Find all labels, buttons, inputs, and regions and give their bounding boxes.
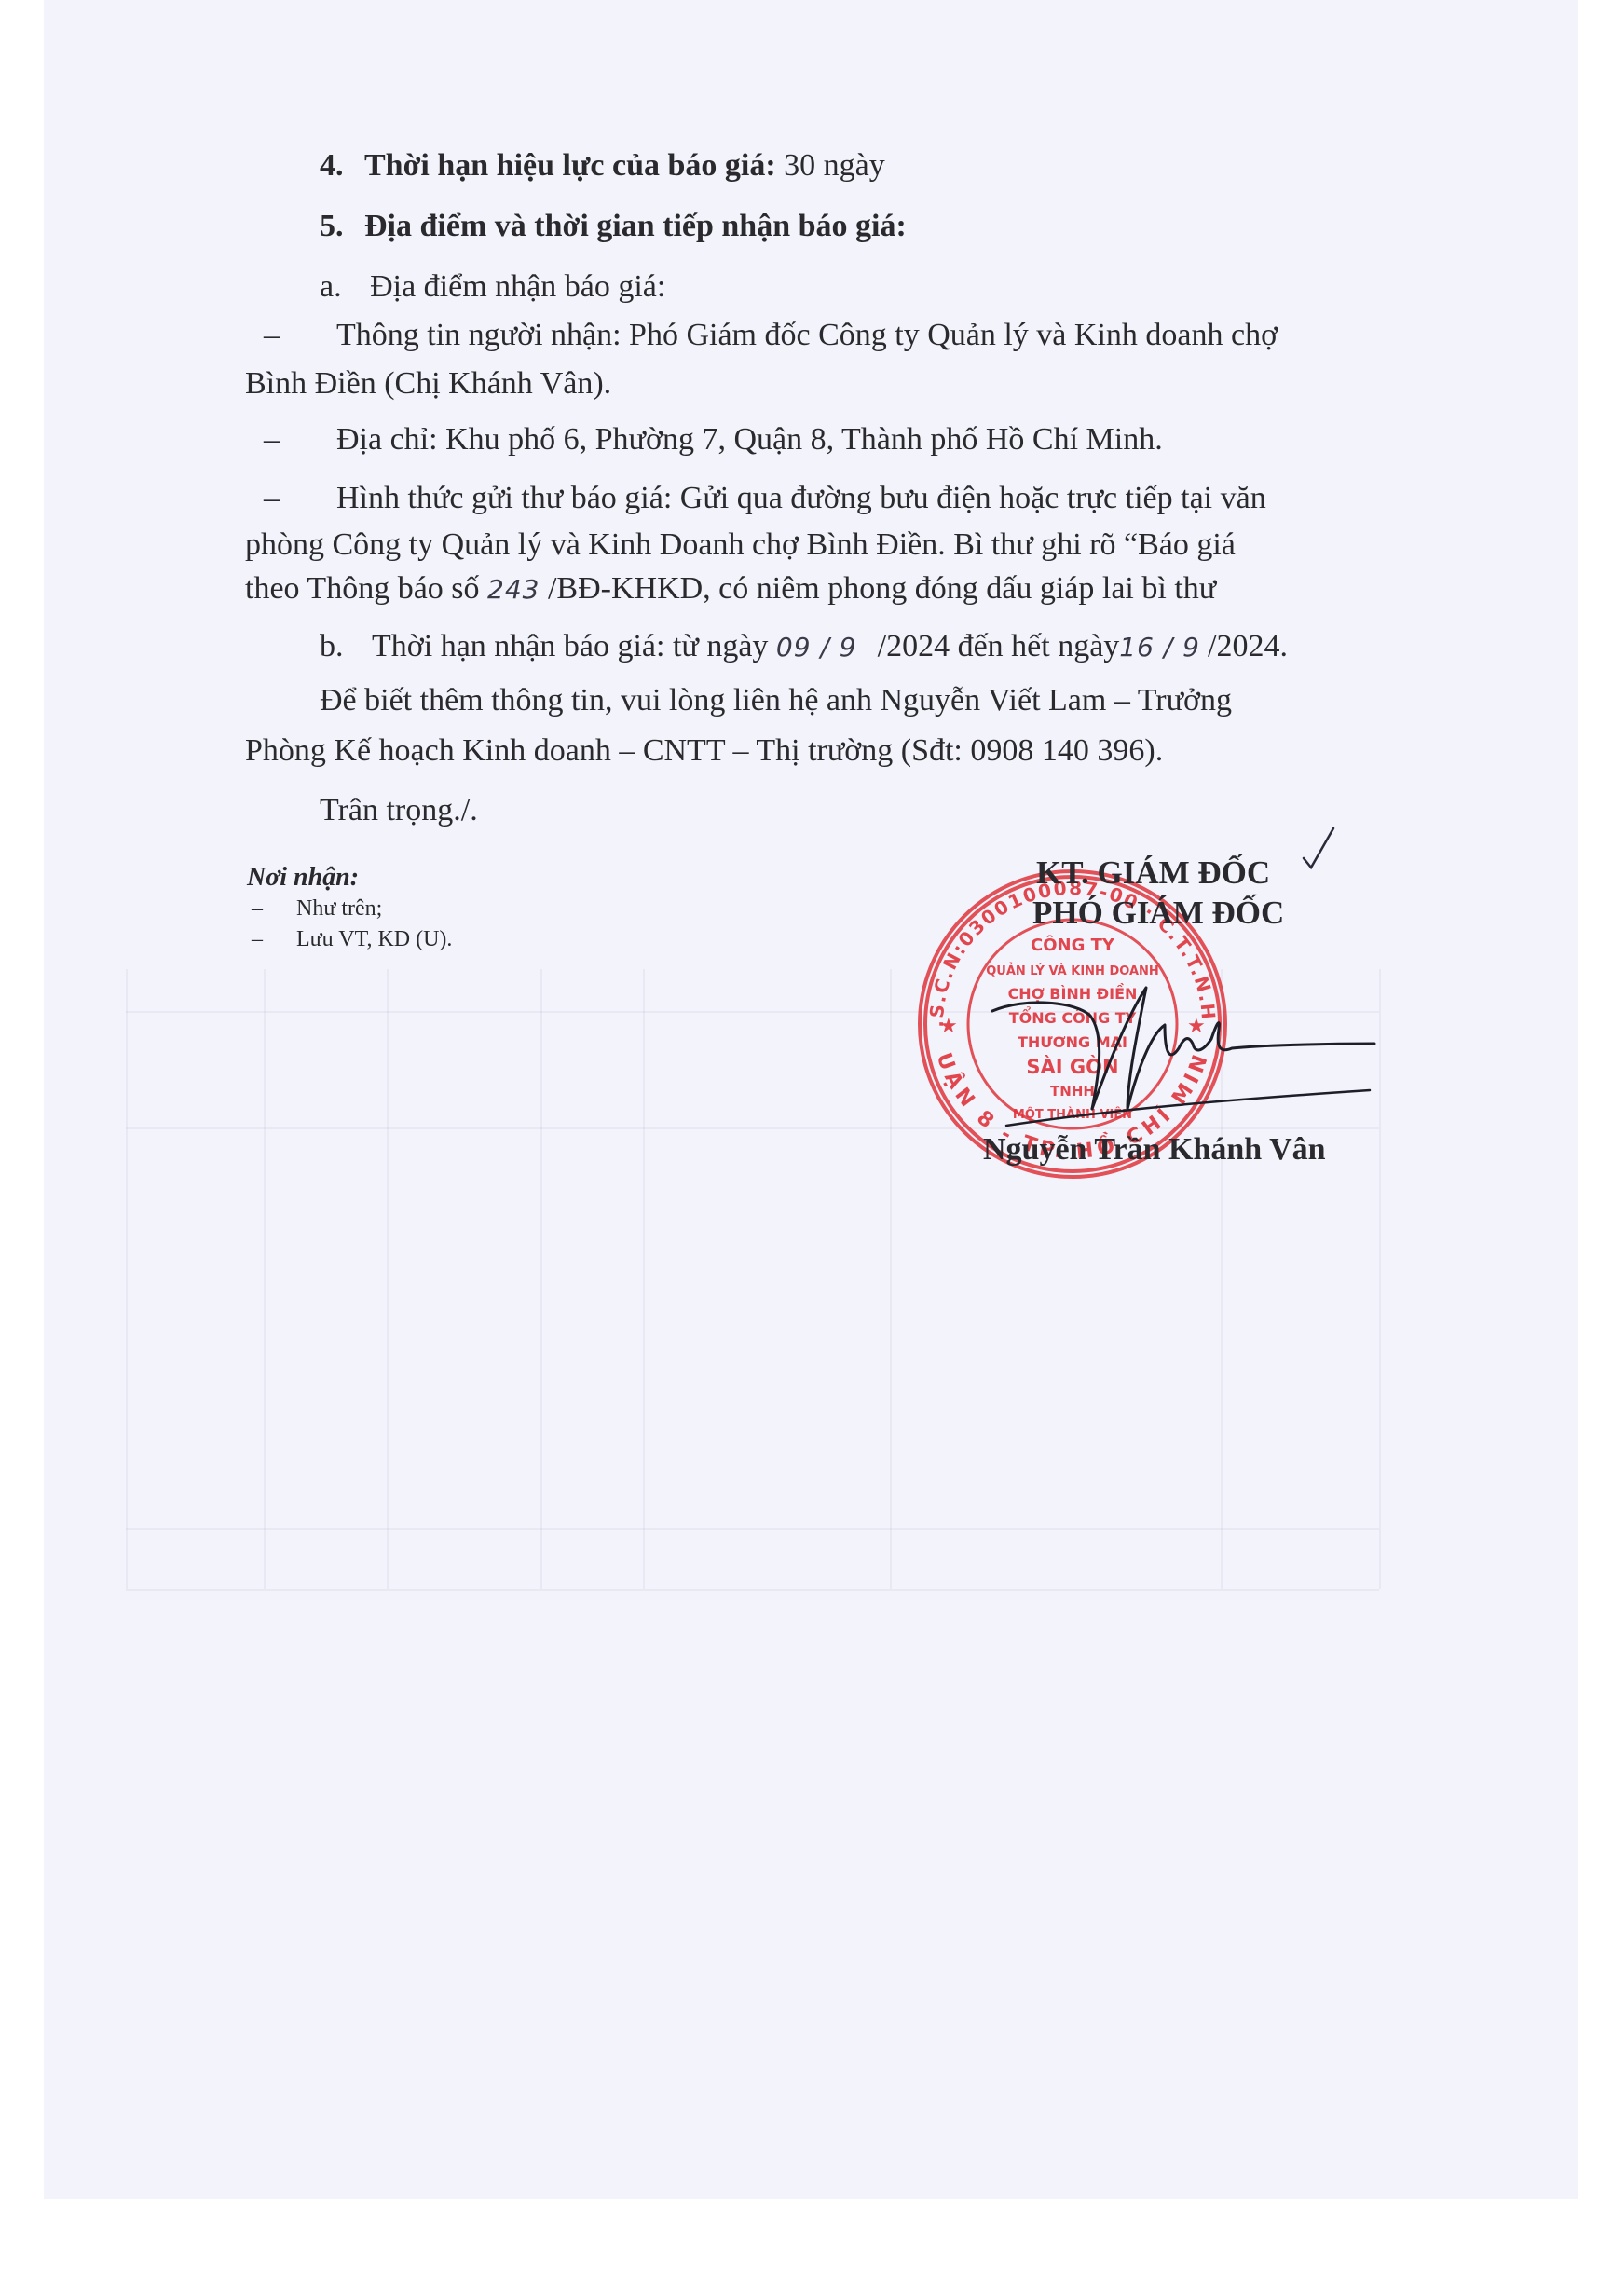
signature-title-deputy: PHÓ GIÁM ĐỐC bbox=[1032, 895, 1284, 932]
bullet-text: Thông tin người nhận: Phó Giám đốc Công … bbox=[336, 317, 1278, 354]
bullet-submission-method: – Hình thức gửi thư báo giá: Gửi qua đườ… bbox=[264, 480, 280, 517]
recipient-text: Như trên; bbox=[296, 895, 382, 922]
section-4-value: 30 ngày bbox=[776, 148, 885, 183]
bullet-dash: – bbox=[264, 422, 280, 457]
recipient-text: Lưu VT, KD (U). bbox=[296, 925, 452, 953]
notice-prefix: theo Thông báo số bbox=[245, 571, 487, 606]
item-a-label: a. bbox=[320, 269, 342, 304]
svg-text:CÔNG TY: CÔNG TY bbox=[1031, 935, 1115, 955]
from-year: /2024 đến hết ngày bbox=[878, 629, 1120, 663]
star-icon: ★ bbox=[939, 1015, 958, 1038]
to-month-handwritten: 9 bbox=[1182, 632, 1200, 663]
bullet-text: Địa chỉ: Khu phố 6, Phường 7, Quận 8, Th… bbox=[336, 421, 1163, 458]
contact-line-2: Phòng Kế hoạch Kinh doanh – CNTT – Thị t… bbox=[245, 732, 1163, 770]
closing: Trân trọng./. bbox=[320, 792, 478, 829]
bullet-recipient-info: – Thông tin người nhận: Phó Giám đốc Côn… bbox=[264, 317, 280, 354]
notice-number-handwritten: 243 bbox=[487, 574, 540, 605]
from-month-handwritten: 9 bbox=[840, 632, 857, 663]
section-5: 5. Địa điểm và thời gian tiếp nhận báo g… bbox=[320, 208, 907, 245]
notice-suffix: /BĐ-KHKD, có niêm phong đóng dấu giáp la… bbox=[540, 571, 1216, 606]
section-4-number: 4. bbox=[320, 148, 344, 183]
recipients-heading: Nơi nhận: bbox=[247, 859, 359, 896]
bullet-dash: – bbox=[264, 318, 280, 352]
section-5-number: 5. bbox=[320, 209, 344, 243]
section-4: 4. Thời hạn hiệu lực của báo giá: 30 ngà… bbox=[320, 147, 885, 184]
bullet-recipient-info-cont: Bình Điền (Chị Khánh Vân). bbox=[245, 365, 611, 403]
to-year: /2024. bbox=[1208, 629, 1288, 663]
bullet-text: Hình thức gửi thư báo giá: Gửi qua đường… bbox=[336, 480, 1266, 517]
bullet-submission-method-cont: phòng Công ty Quản lý và Kinh Doanh chợ … bbox=[245, 526, 1236, 564]
bullet-submission-method-cont2: theo Thông báo số 243 /BĐ-KHKD, có niêm … bbox=[245, 570, 1216, 608]
from-day-handwritten: 09 bbox=[776, 632, 812, 663]
item-b-label: b. bbox=[320, 629, 344, 663]
signature-title-kt: KT. GIÁM ĐỐC bbox=[1036, 854, 1270, 892]
recipient-item: – Lưu VT, KD (U). bbox=[252, 925, 263, 953]
item-b-text: Thời hạn nhận báo giá: từ ngày bbox=[372, 629, 776, 663]
section-4-title: Thời hạn hiệu lực của báo giá: bbox=[364, 148, 776, 183]
checkmark-icon bbox=[1300, 825, 1337, 871]
contact-line-1: Để biết thêm thông tin, vui lòng liên hệ… bbox=[320, 682, 1232, 719]
signer-name: Nguyễn Trần Khánh Vân bbox=[983, 1132, 1326, 1168]
to-day-handwritten: 16 bbox=[1119, 632, 1155, 663]
section-5-title: Địa điểm và thời gian tiếp nhận báo giá: bbox=[364, 209, 907, 243]
item-a-text: Địa điểm nhận báo giá: bbox=[370, 269, 665, 304]
item-b: b. Thời hạn nhận báo giá: từ ngày 09 / 9… bbox=[320, 628, 1288, 666]
handwritten-signature bbox=[988, 960, 1388, 1137]
bullet-address: – Địa chỉ: Khu phố 6, Phường 7, Quận 8, … bbox=[264, 421, 280, 458]
item-a: a. Địa điểm nhận báo giá: bbox=[320, 268, 665, 306]
bullet-dash: – bbox=[264, 481, 280, 515]
recipient-dash: – bbox=[252, 896, 263, 921]
recipient-item: – Như trên; bbox=[252, 895, 263, 922]
recipient-dash: – bbox=[252, 927, 263, 951]
